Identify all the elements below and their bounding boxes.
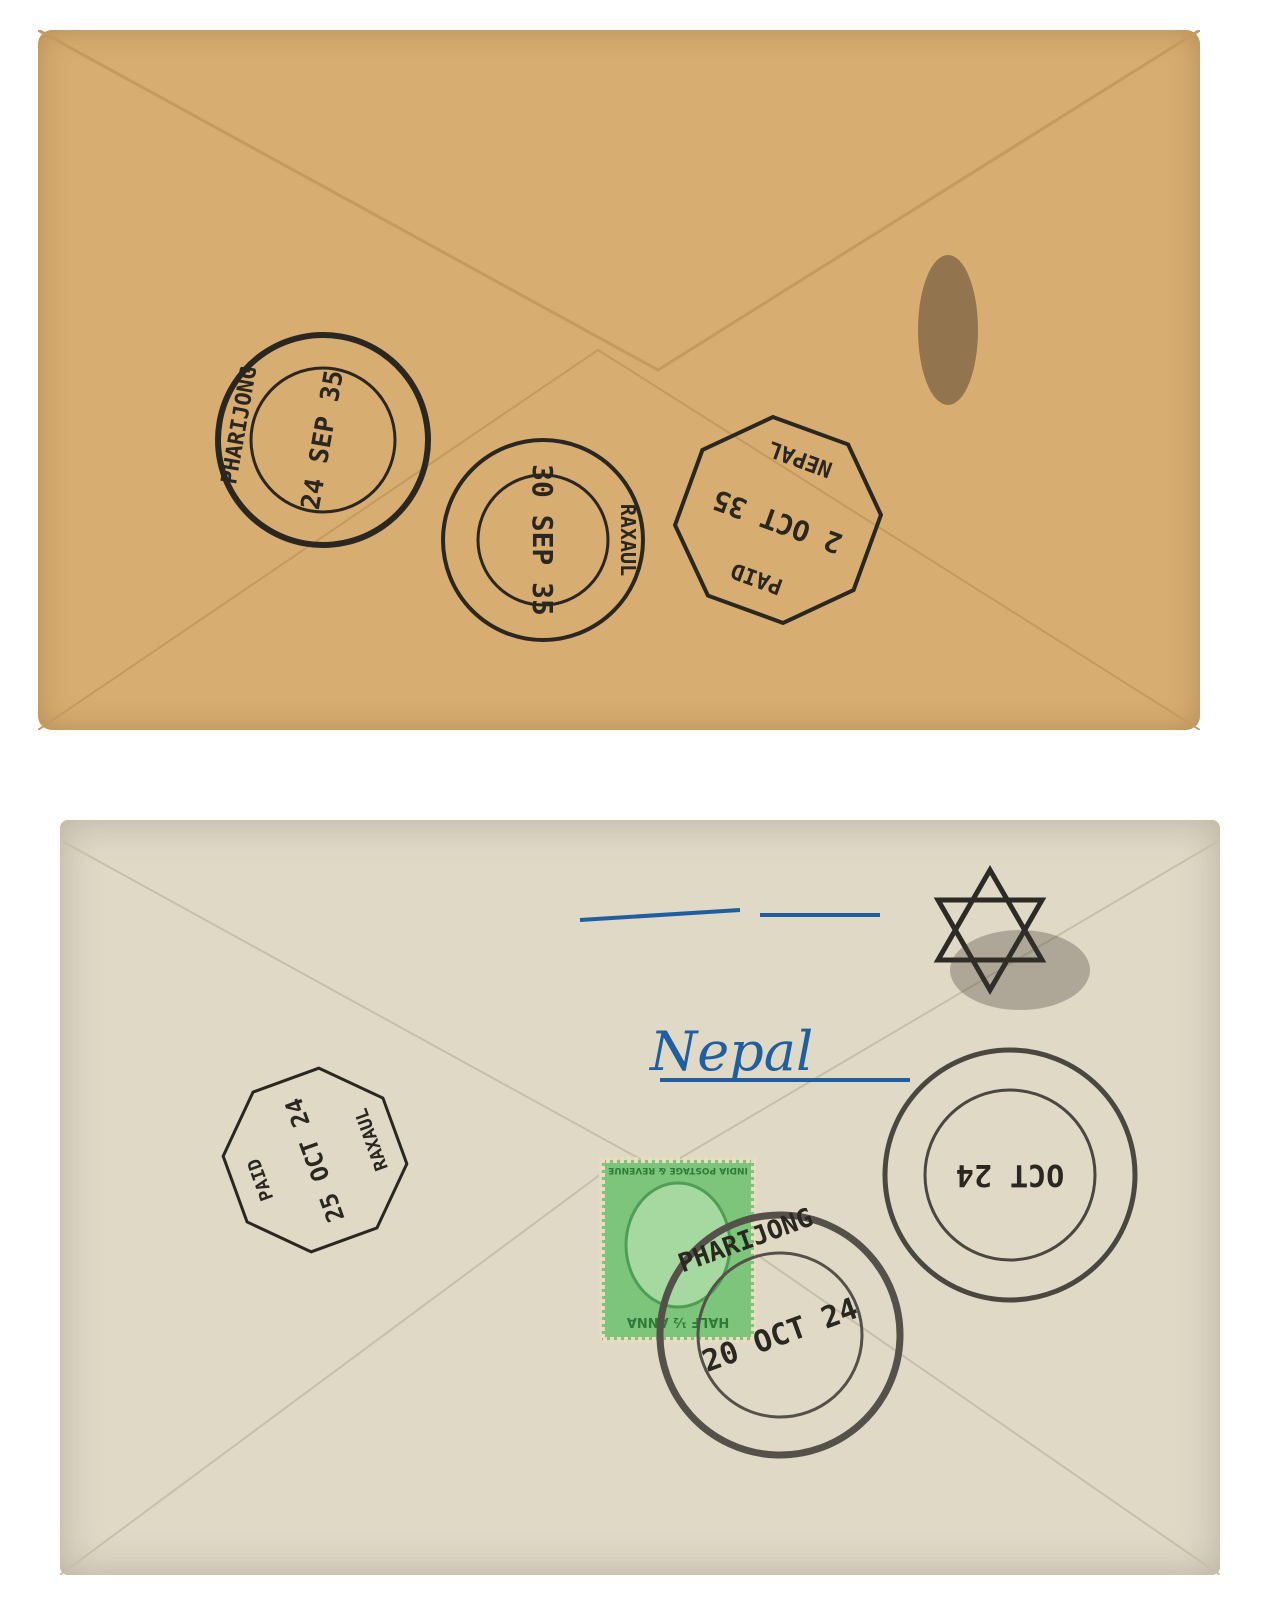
manuscript-nepal: Nepal xyxy=(648,1020,813,1083)
svg-text:30 SEP 35: 30 SEP 35 xyxy=(526,464,559,616)
svg-text:PAID: PAID xyxy=(244,1156,279,1204)
star-seal xyxy=(938,870,1090,1010)
svg-text:PAID: PAID xyxy=(728,557,786,599)
svg-text:24 SEP 35: 24 SEP 35 xyxy=(296,368,350,512)
postmark-pharijong-1935: PHARIJONG 24 SEP 35 xyxy=(201,318,444,561)
svg-text:RAXAUL: RAXAUL xyxy=(351,1105,393,1173)
svg-text:NEPAL: NEPAL xyxy=(765,435,836,481)
envelope-flaps: Nepal HALF ½ ANNA INDIA POSTAGE & REVENU… xyxy=(60,820,1220,1575)
svg-text:HALF ½ ANNA: HALF ½ ANNA xyxy=(627,1314,730,1329)
postmark-raxaul-1924: 25 OCT 24 PAID RAXAUL xyxy=(206,1051,424,1269)
postmark-nepal-1935: 2 OCT 35 PAID NEPAL xyxy=(656,398,900,642)
svg-text:INDIA POSTAGE & REVENUE: INDIA POSTAGE & REVENUE xyxy=(608,1165,748,1175)
postmark-raxaul-1935: 30 SEP 35 RAXAUL xyxy=(443,440,643,640)
envelope-back-1924: Nepal HALF ½ ANNA INDIA POSTAGE & REVENU… xyxy=(60,820,1220,1575)
svg-text:25 OCT 24: 25 OCT 24 xyxy=(280,1094,351,1226)
svg-text:RAXAUL: RAXAUL xyxy=(616,504,640,576)
envelope-back-1935: PHARIJONG 24 SEP 35 30 SEP 35 RAXAUL 2 O… xyxy=(38,30,1200,730)
svg-text:OCT 24: OCT 24 xyxy=(956,1157,1064,1192)
postmark-oct-1924: OCT 24 xyxy=(885,1050,1135,1300)
envelope-flaps: PHARIJONG 24 SEP 35 30 SEP 35 RAXAUL 2 O… xyxy=(38,30,1200,730)
